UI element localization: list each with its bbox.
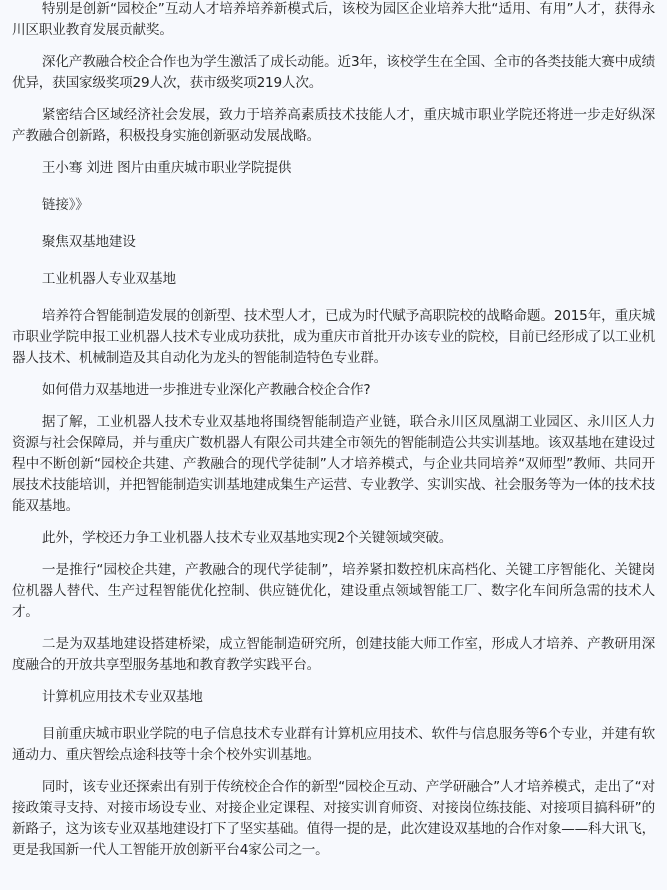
subheading-industrial-robot: 工业机器人专业双基地 bbox=[12, 269, 655, 290]
paragraph-second-breakthrough: 二是为双基地建设搭建桥梁，成立智能制造研究所，创建技能大师工作室，形成人才培养、… bbox=[12, 634, 655, 676]
paragraph-robot-major: 培养符合智能制造发展的创新型、技术型人才，已成为时代赋予高职院校的战略命题。20… bbox=[12, 306, 655, 369]
related-link[interactable]: 链接》》 bbox=[12, 195, 655, 216]
article-body: 特别是创新“园校企”互动人才培养培养新模式后，该校为园区企业培养大批“适用、有用… bbox=[0, 0, 667, 861]
paragraph-breakthroughs: 此外，学校还力争工业机器人技术专业双基地实现2个关键领域突破。 bbox=[12, 528, 655, 549]
paragraph-first-breakthrough: 一是推行“园校企共建，产教融合的现代学徒制”，培养紧扣数控机床高档化、关键工序智… bbox=[12, 560, 655, 623]
section-heading-dual-base: 聚焦双基地建设 bbox=[12, 232, 655, 253]
paragraph-it-majors: 目前重庆城市职业学院的电子信息技术专业群有计算机应用技术、软件与信息服务等6个专… bbox=[12, 724, 655, 766]
paragraph-future-strategy: 紧密结合区域经济社会发展，致力于培养高素质技术技能人才，重庆城市职业学院还将进一… bbox=[12, 105, 655, 147]
subheading-computer-application: 计算机应用技术专业双基地 bbox=[12, 687, 655, 708]
question-heading: 如何借力双基地进一步推进专业深化产教融合校企合作? bbox=[12, 380, 655, 401]
paragraph-award: 特别是创新“园校企”互动人才培养培养新模式后，该校为园区企业培养大批“适用、有用… bbox=[12, 0, 655, 41]
paragraph-competition-results: 深化产教融合校企合作也为学生激活了成长动能。近3年，该校学生在全国、全市的各类技… bbox=[12, 52, 655, 94]
paragraph-new-model: 同时，该专业还探索出有别于传统校企合作的新型“园校企互动、产学研融合”人才培养模… bbox=[12, 777, 655, 861]
paragraph-training-base: 据了解，工业机器人技术专业双基地将围绕智能制造产业链，联合永川区凤凰湖工业园区、… bbox=[12, 412, 655, 517]
author-credit: 王小骞 刘进 图片由重庆城市职业学院提供 bbox=[12, 158, 655, 179]
